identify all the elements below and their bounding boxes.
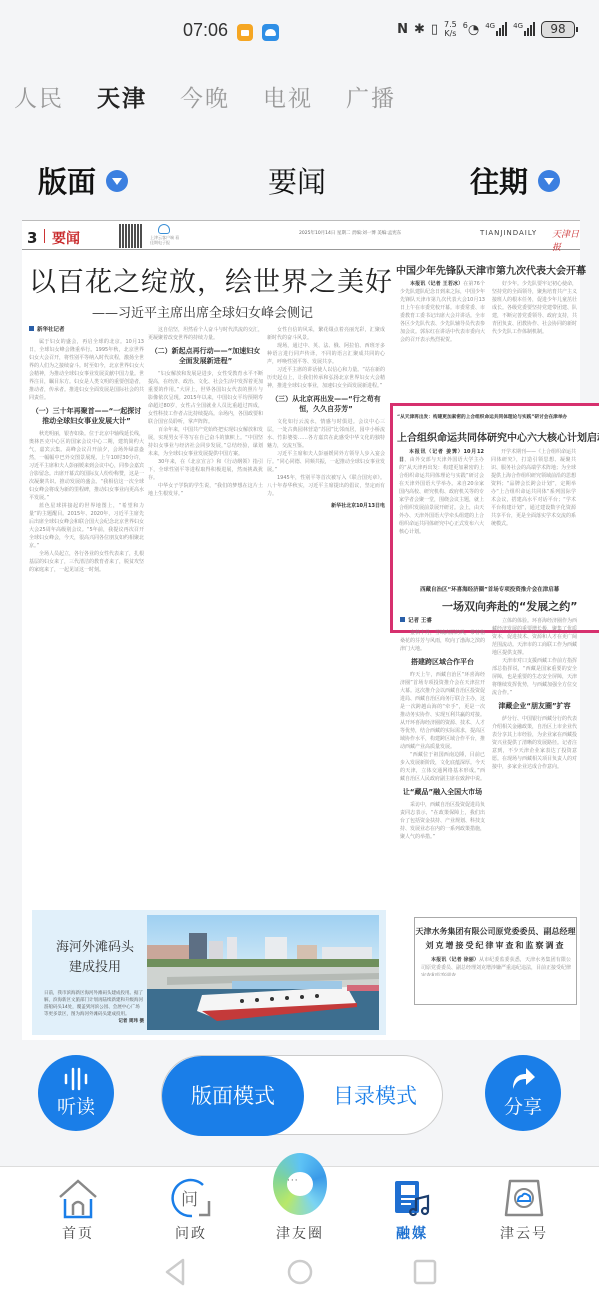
- story4-section-3: 津藏企业“朋友圈”扩容: [492, 701, 577, 711]
- discipline-notice[interactable]: 天津水务集团有限公司原党委委员、副总经理 刘克增接受纪律审查和监察调查 本报讯（…: [414, 917, 577, 1005]
- notice-line1: 天津水务集团有限公司原党委委员、副总经理: [415, 926, 576, 937]
- lead-section-3: （三）从北京再出发——“行之苟有恒，久久自芬芳”: [267, 394, 385, 414]
- story2-column-1: 本报讯（记者 王若冰）在第76个少先队建队纪念日到来之际，中国少年先锋队天津市第…: [400, 280, 485, 398]
- battery-icon: 98: [541, 21, 575, 38]
- edition-header: 版面 要闻 往期: [0, 160, 599, 205]
- lead-subheadline: ——习近平主席出席全球妇女峰会侧记: [92, 302, 313, 321]
- haihe-wharf-photo: [147, 915, 379, 1030]
- signal-sim2-icon: 4G: [513, 22, 535, 36]
- cloud-logo-icon: [158, 224, 170, 234]
- notice-line2: 刘克增接受纪律审查和监察调查: [415, 940, 576, 951]
- story4-section-1: 搭建跨区域合作平台: [400, 657, 485, 667]
- page-title: 要闻: [268, 160, 326, 201]
- photo-story-headline: 海河外滩码头 建成投用: [50, 938, 140, 978]
- page-header: 3 要闻 上津云客户端 看佳期电子报 2025年10月14日 星期二 责编:刘一…: [22, 220, 580, 250]
- tab-home[interactable]: 首页: [38, 1167, 118, 1247]
- lead-column-3: 女性自信的风采，繁花缀点着亮丽光彩，汇聚成新时代的奋斗风景。 现场，通过中、英、…: [267, 326, 385, 901]
- qr-code-icon: [119, 224, 143, 248]
- tab-cloud-account[interactable]: 津云号: [484, 1167, 564, 1247]
- tab-friends-circle-label: 津友圈: [260, 1223, 340, 1243]
- tab-home-label: 首页: [38, 1223, 118, 1243]
- story4-headline[interactable]: 一场双向奔赴的“发展之约”: [442, 598, 577, 614]
- tianjin-cloud-notification-icon: [262, 24, 279, 41]
- lead-column-1: 新华社记者 属于妇女的盛会，再启全球的北京。10月13日，全球妇女峰会隆重举行。…: [29, 326, 144, 901]
- tab-inquiry[interactable]: 问 问政: [151, 1167, 231, 1247]
- listen-label: 听读: [38, 1092, 114, 1119]
- share-label: 分享: [485, 1092, 561, 1119]
- channel-renmin[interactable]: 人民: [14, 80, 64, 113]
- channel-jinwan[interactable]: 今晚: [180, 80, 230, 113]
- lead-column-2: 这自信坚，坦然看个人奋斗与时代洪流的交汇，更凝聚着改变世界的持续力量。 （二）新…: [148, 326, 263, 901]
- home-circle-icon[interactable]: [286, 1258, 314, 1286]
- back-icon[interactable]: [163, 1258, 187, 1286]
- catalog-mode-button[interactable]: 目录模式: [310, 1056, 440, 1136]
- story4-kicker: 西藏自治区“环喜海经济圈”首场专项投资推介会在津启幕: [420, 585, 559, 593]
- app-screen: 07:06 N ✱ ▯ 7.5K/s 6◔ 4G 4G 98 人民 天津 今晚 …: [0, 0, 599, 1299]
- newspaper-page[interactable]: 3 要闻 上津云客户端 看佳期电子报 2025年10月14日 星期二 责编:刘一…: [22, 220, 580, 1040]
- notice-body: 本报讯（记者 徐丽）从市纪委监委获悉，天津水务集团有限公司原党委委员、副总经理刘…: [421, 956, 571, 976]
- section-name: 要闻: [52, 228, 80, 248]
- lead-byline: 新华社记者: [29, 326, 144, 334]
- dropdown-caret-icon: [538, 170, 560, 192]
- story2-column-2: 好少年。少先队要牢记初心使命，坚持党的全面领导，聚焦培育共产主义接班人的根本任务…: [492, 280, 577, 398]
- status-icons: N ✱ ▯ 7.5K/s 6◔ 4G 4G 98: [397, 20, 575, 38]
- bluetooth-icon: ✱: [414, 22, 425, 37]
- channel-tianjin[interactable]: 天津: [97, 80, 147, 113]
- channel-tv[interactable]: 电视: [263, 80, 313, 113]
- view-mode-toggle[interactable]: 版面模式 目录模式: [161, 1055, 443, 1135]
- tab-media[interactable]: 融媒: [372, 1167, 452, 1247]
- lead-section-2: （二）新起点再行动——“加速妇女全面发展新进程”: [148, 346, 263, 366]
- friends-circle-icon[interactable]: ···: [273, 1153, 327, 1215]
- page-mode-button[interactable]: 版面模式: [162, 1056, 304, 1136]
- share-arrow-icon: [509, 1065, 537, 1091]
- qr-caption: 上津云客户端 看佳期电子报: [150, 235, 180, 245]
- story3-headline: 上合组织命运共同体研究中心六大核心计划启动: [397, 429, 599, 444]
- issue-meta: 2025年10月14日 星期二 责编:刘一博 美编:孟宪东: [299, 230, 401, 236]
- dropdown-caret-icon: [106, 170, 128, 192]
- brand-en: TIANJINDAILY: [480, 229, 537, 237]
- clock: 07:06: [183, 20, 228, 41]
- story3-column-2: 开学术期刊——《上合组织命运共同体研究》，打造引领思想、凝聚共识、服务社会的高端…: [491, 448, 576, 578]
- story3-kicker: “从天津再出发：构建更加紧密的上合组织命运共同体理论与实践”研讨会在津举办: [397, 414, 567, 420]
- tab-media-label: 融媒: [372, 1223, 452, 1243]
- channel-radio[interactable]: 广播: [346, 80, 396, 113]
- status-bar: 07:06 N ✱ ▯ 7.5K/s 6◔ 4G 4G 98: [0, 0, 599, 62]
- story4-byline: 记者 王睿: [400, 617, 485, 625]
- recents-icon[interactable]: [412, 1258, 438, 1286]
- nfc-icon: N: [397, 22, 408, 37]
- channel-nav: 人民 天津 今晚 电视 广播: [14, 80, 429, 113]
- story2-headline[interactable]: 中国少年先锋队天津市第九次代表大会开幕: [396, 262, 586, 277]
- tab-cloud-account-label: 津云号: [484, 1223, 564, 1243]
- listen-button[interactable]: 听读: [38, 1055, 114, 1131]
- more-dots-icon: ···: [287, 1172, 313, 1196]
- tab-inquiry-label: 问政: [151, 1223, 231, 1243]
- vibrate-icon: ▯: [431, 22, 438, 37]
- brand-logo: 天津日报: [552, 227, 580, 253]
- story4-column-2: 立体的体验。环喜海经济圈作为西藏经济发展的重要增长极，聚集了优质资本，促进技术、…: [492, 617, 577, 902]
- share-button[interactable]: 分享: [485, 1055, 561, 1131]
- story4-column-1: 记者 王睿 金秋十月，雪域高原的风，带着格桑花的芬芳与风雨，吹向了渤海之滨的津门…: [400, 617, 485, 902]
- page-number: 3: [27, 229, 37, 247]
- lead-headline[interactable]: 以百花之绽放，绘世界之美好: [29, 260, 393, 299]
- notification-app-icon: [237, 24, 253, 41]
- signal-sim1-icon: 4G: [485, 22, 507, 36]
- inquiry-icon: 问: [171, 1177, 213, 1219]
- photo-caption: 日前，我市滨海新区海河外滩码头建成投用。据了解，滨海新区文旅部门计划再陆续新建和…: [44, 990, 144, 1025]
- lead-dateline: 新华社北京10月13日电: [267, 502, 385, 510]
- svg-text:问: 问: [181, 1190, 198, 1210]
- page-selector-button[interactable]: 版面: [38, 160, 128, 201]
- sound-wave-icon: [61, 1067, 91, 1091]
- media-icon: [392, 1177, 432, 1219]
- home-icon: [58, 1177, 98, 1219]
- network-speed: 7.5K/s: [444, 20, 457, 38]
- story3-column-1: 本报讯（记者 姜霁）10月12日，由外交部与天津外国语大学主办的“从天津再出发：…: [399, 448, 484, 578]
- story4-section-2: 让“藏品”融入全国大市场: [400, 787, 485, 797]
- wifi-icon: 6◔: [463, 21, 479, 37]
- lead-section-1: （一）三十年再聚首——“一起探讨推动全球妇女事业发展大计”: [29, 406, 144, 426]
- photo-story[interactable]: 海河外滩码头 建成投用 日前，我市滨海新区海河外滩码头建成投用。据了解，滨海新区…: [32, 910, 386, 1035]
- cloud-account-icon: [504, 1177, 544, 1219]
- system-navigation-bar: [0, 1246, 599, 1299]
- past-issues-button[interactable]: 往期: [470, 160, 560, 201]
